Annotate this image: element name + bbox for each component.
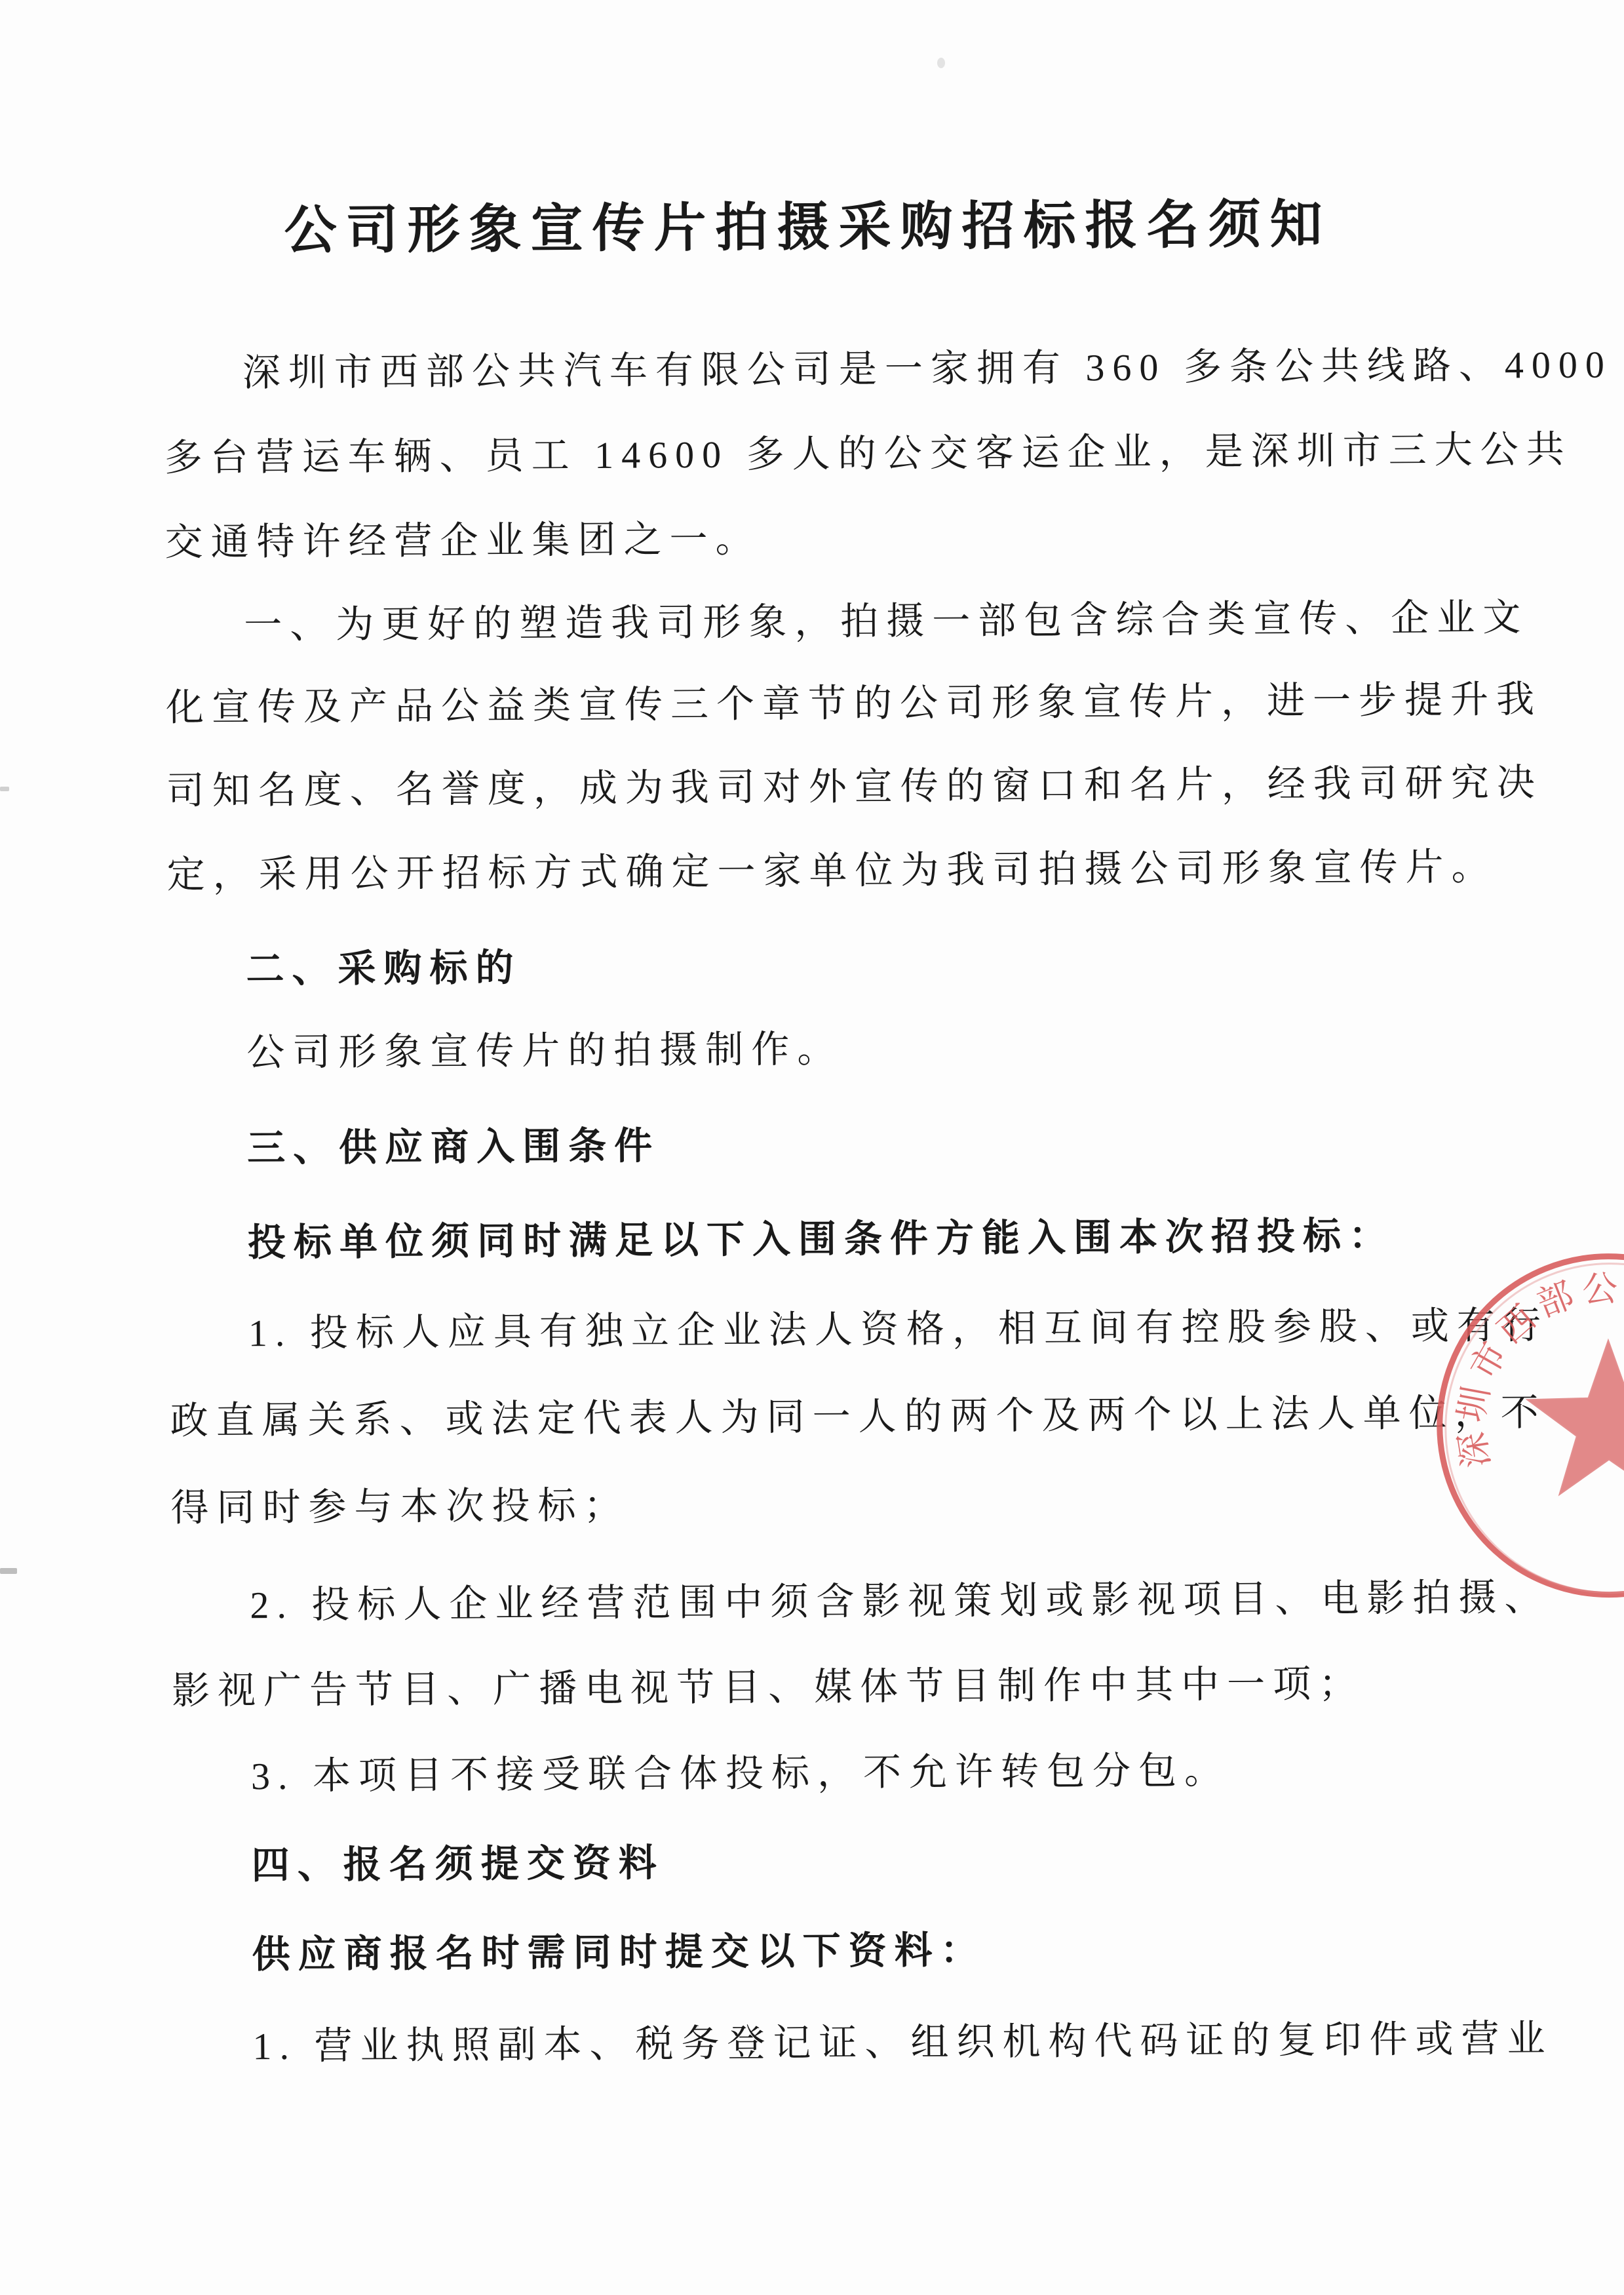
scan-artifact bbox=[0, 787, 9, 791]
section-heading: 二、采购标的 bbox=[246, 945, 521, 993]
section-heading: 四、报名须提交资料 bbox=[252, 1840, 665, 1889]
text-line: 1. 营业执照副本、税务登记证、组织机构代码证的复印件或营业 bbox=[252, 2016, 1553, 2069]
text-line: 2. 投标人企业经营范围中须含影视策划或影视项目、电影拍摄、 bbox=[250, 1575, 1550, 1628]
scan-artifact bbox=[0, 1568, 17, 1574]
document-title: 公司形象宣传片拍摄采购招标报名须知 bbox=[0, 180, 1620, 265]
text-line: 1. 投标人应具有独立企业法人资格，相互间有控股参股、或有行 bbox=[248, 1303, 1549, 1356]
text-line: 政直属关系、或法定代表人为同一人的两个及两个以上法人单位，不 bbox=[170, 1390, 1546, 1444]
text-line: 影视广告节目、广播电视节目、媒体节目制作中其中一项； bbox=[172, 1661, 1364, 1714]
text-line: 化宣传及产品公益类宣传三个章节的公司形象宣传片，进一步提升我 bbox=[166, 677, 1542, 731]
section-heading: 三、供应商入围条件 bbox=[247, 1123, 660, 1171]
text-line: 司知名度、名誉度，成为我司对外宣传的窗口和名片，经我司研究决 bbox=[166, 760, 1543, 814]
text-line: 3. 本项目不接受联合体投标，不允许转包分包。 bbox=[251, 1748, 1230, 1799]
text-line: 交通特许经营企业集团之一。 bbox=[164, 516, 761, 566]
scan-artifact bbox=[937, 58, 945, 68]
text-line: 公司形象宣传片的拍摄制作。 bbox=[246, 1027, 843, 1076]
text-line: 多台营运车辆、员工 14600 多人的公交客运企业，是深圳市三大公共 bbox=[164, 427, 1572, 481]
document-content: 公司形象宣传片拍摄采购招标报名须知 深圳市西部公共汽车有限公司是一家拥有 360… bbox=[0, 0, 1624, 2295]
text-line-bold: 投标单位须同时满足以下入围条件方能入围本次招投标： bbox=[248, 1213, 1395, 1266]
text-line: 深圳市西部公共汽车有限公司是一家拥有 360 多条公共线路、4000 bbox=[242, 342, 1612, 397]
scanned-document-page: 公司形象宣传片拍摄采购招标报名须知 深圳市西部公共汽车有限公司是一家拥有 360… bbox=[0, 0, 1624, 2295]
text-line: 一、为更好的塑造我司形象，拍摄一部包含综合类宣传、企业文 bbox=[244, 595, 1528, 648]
text-line: 得同时参与本次投标； bbox=[170, 1483, 629, 1531]
text-line-bold: 供应商报名时需同时提交以下资料： bbox=[252, 1927, 986, 1978]
star-icon bbox=[1527, 1340, 1624, 1495]
text-line: 定，采用公开招标方式确定一家单位为我司拍摄公司形象宣传片。 bbox=[166, 844, 1497, 898]
company-seal-stamp: 深圳市西部公共汽车有限公司 bbox=[1385, 1221, 1624, 1682]
